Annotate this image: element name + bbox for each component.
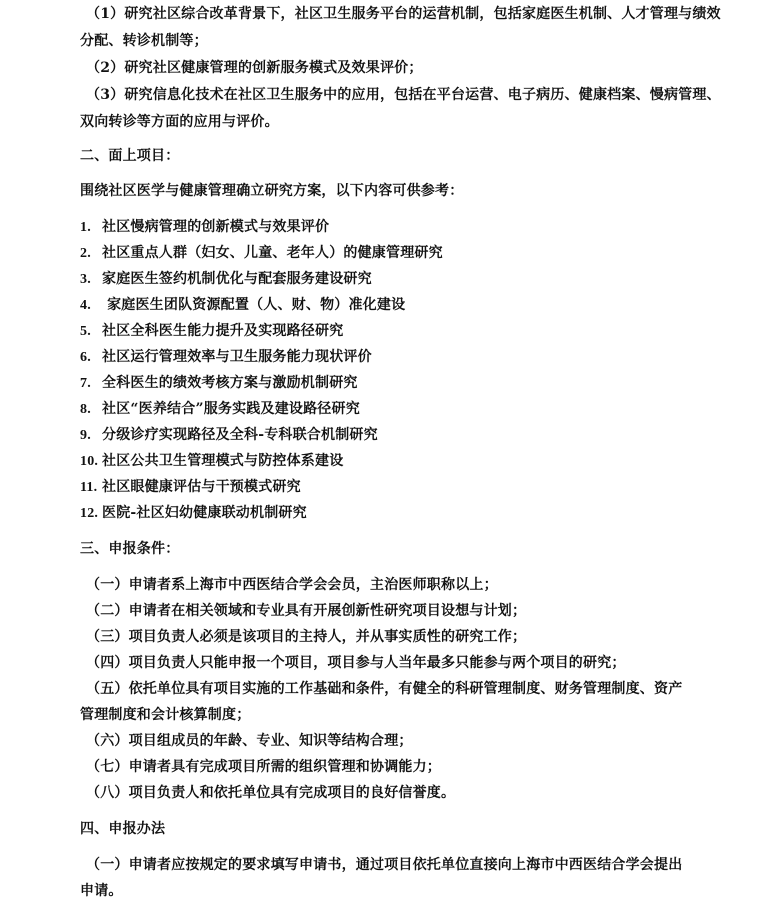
list-number: 12. — [80, 505, 102, 523]
list-text: 社区运行管理效率与卫生服务能力现状评价 — [102, 349, 372, 365]
list-number: 7. — [80, 375, 102, 393]
section2-intro: 围绕社区医学与健康管理确立研究方案，以下内容可供参考： — [80, 182, 463, 200]
list-number: 10. — [80, 453, 102, 471]
list-text: 全科医生的绩效考核方案与激励机制研究 — [102, 375, 358, 391]
eligibility-item-5-line2: 管理制度和会计核算制度； — [80, 706, 250, 724]
list-number: 3. — [80, 271, 102, 289]
list-text: 社区公共卫生管理模式与防控体系建设 — [102, 453, 343, 469]
list-number: 9. — [80, 427, 102, 445]
list-item: 10.社区公共卫生管理模式与防控体系建设 — [80, 452, 343, 471]
list-number: 5. — [80, 323, 102, 341]
list-number: 4. — [80, 297, 102, 315]
list-number: 1. — [80, 219, 102, 237]
application-method-item-1-line2: 申请。 — [80, 882, 123, 900]
section-heading-eligibility: 三、申报条件： — [80, 540, 179, 558]
list-text: 社区全科医生能力提升及实现路径研究 — [102, 323, 343, 339]
list-number: 2. — [80, 245, 102, 263]
list-item: 12.医院-社区妇幼健康联动机制研究 — [80, 504, 307, 523]
eligibility-item-3: （三）项目负责人必须是该项目的主持人，并从事实质性的研究工作； — [86, 628, 526, 646]
list-item: 8.社区“医养结合”服务实践及建设路径研究 — [80, 400, 360, 419]
list-text: 社区重点人群（妇女、儿童、老年人）的健康管理研究 — [102, 245, 443, 261]
eligibility-item-1: （一）申请者系上海市中西医结合学会会员，主治医师职称以上； — [86, 576, 498, 594]
list-item: 6.社区运行管理效率与卫生服务能力现状评价 — [80, 348, 372, 367]
list-item: 9.分级诊疗实现路径及全科-专科联合机制研究 — [80, 426, 378, 445]
list-item: 2.社区重点人群（妇女、儿童、老年人）的健康管理研究 — [80, 244, 443, 263]
research-direction-1-line2: 分配、转诊机制等； — [80, 32, 208, 50]
list-text: 家庭医生团队资源配置（人、财、物）准化建设 — [102, 297, 405, 313]
research-direction-1-line1: （1）研究社区综合改革背景下，社区卫生服务平台的运营机制，包括家庭医生机制、人才… — [86, 5, 721, 23]
section-heading-general-projects: 二、面上项目： — [80, 147, 179, 165]
list-item: 7.全科医生的绩效考核方案与激励机制研究 — [80, 374, 358, 393]
list-text: 社区慢病管理的创新模式与效果评价 — [102, 219, 329, 235]
list-number: 8. — [80, 401, 102, 419]
eligibility-item-5-line1: （五）依托单位具有项目实施的工作基础和条件，有健全的科研管理制度、财务管理制度、… — [86, 680, 682, 698]
list-item: 4. 家庭医生团队资源配置（人、财、物）准化建设 — [80, 296, 405, 315]
section-heading-application-method: 四、申报办法 — [80, 820, 165, 838]
list-text: 医院-社区妇幼健康联动机制研究 — [102, 505, 307, 521]
list-text: 分级诊疗实现路径及全科-专科联合机制研究 — [102, 427, 378, 443]
list-item: 11.社区眼健康评估与干预模式研究 — [80, 478, 301, 497]
research-direction-3-line1: （3）研究信息化技术在社区卫生服务中的应用，包括在平台运营、电子病历、健康档案、… — [86, 86, 721, 104]
list-item: 3.家庭医生签约机制优化与配套服务建设研究 — [80, 270, 372, 289]
research-direction-2: （2）研究社区健康管理的创新服务模式及效果评价； — [86, 59, 423, 77]
eligibility-item-4: （四）项目负责人只能申报一个项目，项目参与人当年最多只能参与两个项目的研究； — [86, 654, 626, 672]
list-number: 6. — [80, 349, 102, 367]
list-text: 社区眼健康评估与干预模式研究 — [102, 479, 301, 495]
eligibility-item-6: （六）项目组成员的年龄、专业、知识等结构合理； — [86, 732, 413, 750]
list-item: 5.社区全科医生能力提升及实现路径研究 — [80, 322, 343, 341]
eligibility-item-8: （八）项目负责人和依托单位具有完成项目的良好信誉度。 — [86, 784, 455, 802]
eligibility-item-7: （七）申请者具有完成项目所需的组织管理和协调能力； — [86, 758, 441, 776]
eligibility-item-2: （二）申请者在相关领域和专业具有开展创新性研究项目设想与计划； — [86, 602, 526, 620]
list-text: 家庭医生签约机制优化与配套服务建设研究 — [102, 271, 372, 287]
application-method-item-1-line1: （一）申请者应按规定的要求填写申请书，通过项目依托单位直接向上海市中西医结合学会… — [86, 856, 682, 874]
research-direction-3-line2: 双向转诊等方面的应用与评价。 — [80, 113, 279, 131]
list-number: 11. — [80, 479, 102, 497]
list-text: 社区“医养结合”服务实践及建设路径研究 — [102, 401, 360, 417]
list-item: 1.社区慢病管理的创新模式与效果评价 — [80, 218, 329, 237]
